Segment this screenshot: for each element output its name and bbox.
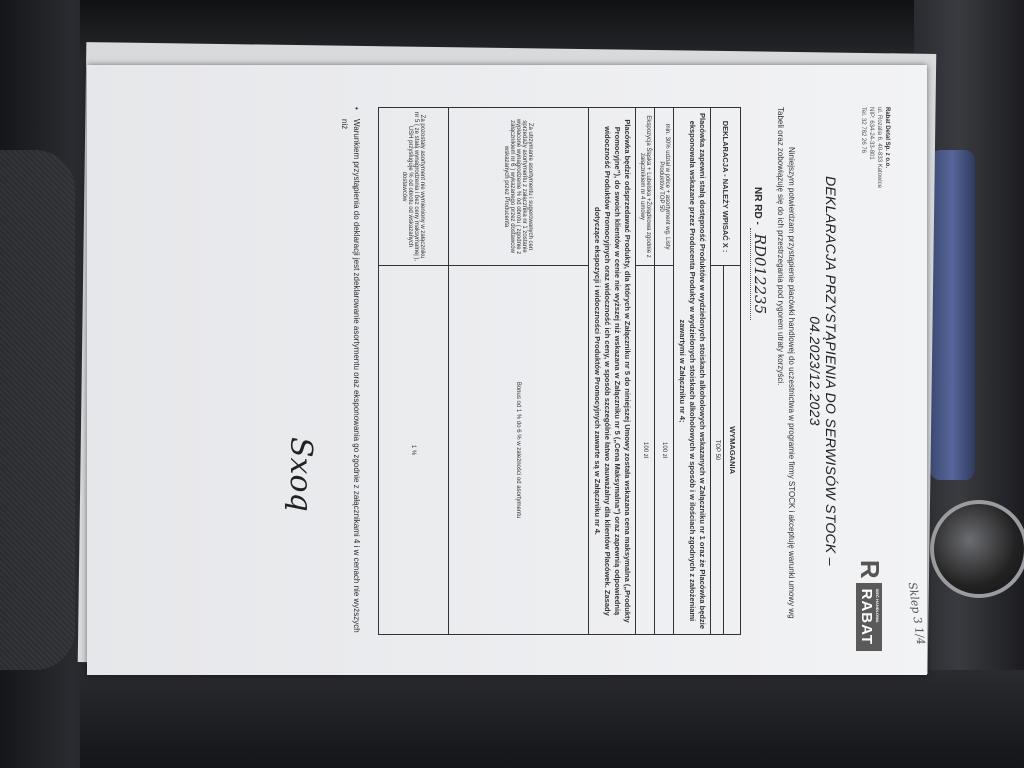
row-label: Za pozostały asortyment nie wymieniony w… (379, 108, 449, 266)
car-floor-background (80, 670, 1024, 768)
requirement-2: Placówka będzie odsprzedawać Produkty, d… (589, 108, 636, 635)
subheader-top50: TOP 50 (711, 266, 724, 635)
declaration-document: Sklep 3 1/4 R SIEĆ HANDLOWA RABAT Rabat … (87, 65, 927, 675)
header-declaration: DEKLARACJA - NALEŻY WPISAĆ X : (711, 108, 741, 266)
nr-rd-field: NR RD - RD012235 (751, 187, 769, 635)
jeans-fabric (930, 150, 975, 480)
document-title: DEKLARACJA PRZYSTĄPIENIA DO SERWISÓW STO… (807, 107, 839, 635)
seat-fabric (0, 150, 75, 670)
header-requirements: WYMAGANIA (724, 266, 741, 635)
row-label: Ekspozycja Śląska + Lubelska +Żołądkowa … (636, 108, 655, 266)
row-value: 100 zł (636, 266, 655, 635)
nr-rd-value: RD012235 (750, 228, 769, 321)
handwritten-note: Sklep 3 1/4 (906, 581, 928, 645)
condition-bullet: Warunkiem przystąpienia do deklaracji je… (338, 107, 362, 635)
row-value: Bonus od 1 % do 6 % w zależności od asor… (449, 266, 589, 635)
signature: Sxoq (283, 437, 318, 635)
row-value: 1 % (379, 266, 449, 635)
company-info: Rabat Detal Sp. z o.o. ul. Rozalia 6, 40… (859, 107, 891, 635)
row-label: Za utrzymanie asortymentu i sugerowanych… (449, 108, 589, 266)
intro-paragraph: Niniejszym potwierdzam przystąpienie pla… (775, 107, 797, 635)
row-value: 100 zł (655, 266, 674, 635)
requirement-1: Placówka zapewni stałą dostępność Produk… (674, 108, 711, 635)
requirements-table: DEKLARACJA - NALEŻY WPISAĆ X : WYMAGANIA… (378, 107, 741, 635)
gear-knob (930, 500, 1024, 598)
row-label: min. 30% udział w półce + asortyment wg.… (655, 108, 674, 266)
